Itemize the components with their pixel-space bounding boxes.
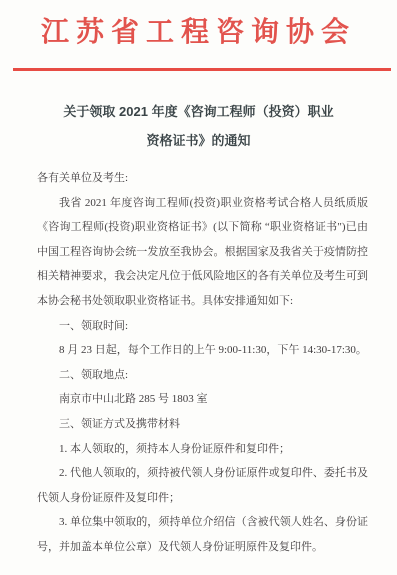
- document-body: 各有关单位及考生: 我省 2021 年度咨询工程师(投资)职业资格考试合格人员纸…: [37, 166, 368, 560]
- section-3-item-2: 2. 代他人领取的，须持被代领人身份证原件或复印件、委托书及代领人身份证原件及复…: [37, 461, 368, 510]
- section-3-item-1: 1. 本人领取的，须持本人身份证原件和复印件；: [37, 437, 368, 462]
- org-name-header: 江苏省工程咨询协会: [0, 13, 397, 53]
- section-3-heading: 三、领证方式及携带材料: [37, 412, 368, 437]
- document-title-line-2: 资格证书》的通知: [33, 126, 364, 155]
- document-title-line-1: 关于领取 2021 年度《咨询工程师（投资）职业: [33, 97, 364, 126]
- section-2-text: 南京市中山北路 285 号 1803 室: [37, 387, 368, 412]
- section-1-text: 8 月 23 日起，每个工作日的上午 9:00-11:30，下午 14:30-1…: [37, 338, 368, 363]
- section-3-item-3: 3. 单位集中领取的，须持单位介绍信（含被代领人姓名、身份证号，并加盖本单位公章…: [37, 510, 368, 559]
- document-title: 关于领取 2021 年度《咨询工程师（投资）职业 资格证书》的通知: [33, 97, 364, 155]
- notice-document-page: 江苏省工程咨询协会 关于领取 2021 年度《咨询工程师（投资）职业 资格证书》…: [0, 0, 397, 575]
- section-1-heading: 一、领取时间:: [37, 314, 368, 339]
- letterhead-divider-line: [13, 68, 391, 71]
- intro-paragraph: 我省 2021 年度咨询工程师(投资)职业资格考试合格人员纸质版《咨询工程师(投…: [37, 191, 368, 314]
- section-2-heading: 二、领取地点:: [37, 363, 368, 388]
- salutation: 各有关单位及考生:: [37, 166, 368, 191]
